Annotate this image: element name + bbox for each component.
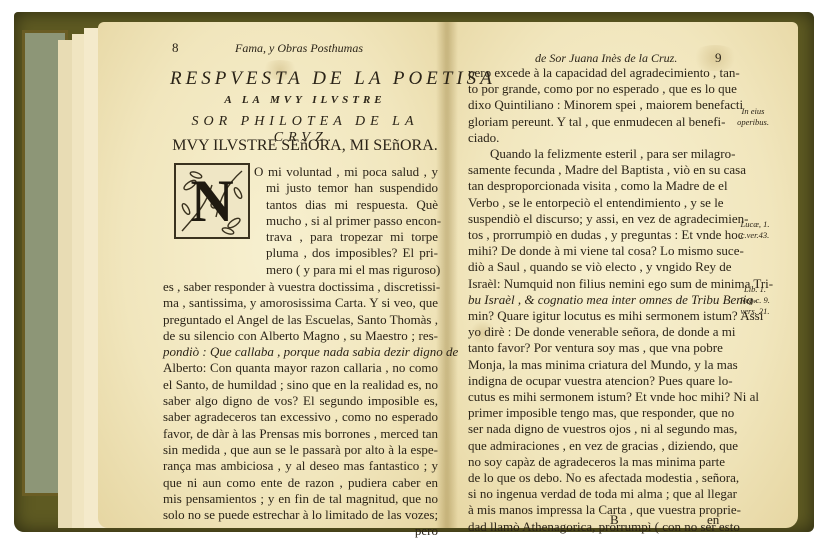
running-head-right: de Sor Juana Inès de la Cruz. [535, 51, 677, 66]
text-line: trava , para tropezar mi torpe [254, 229, 438, 245]
text-line: gloriam pereunt. Y tal , que enmudecen a… [468, 114, 721, 130]
text-line: mihi? De donde à mi viene tal cosa? Lo m… [468, 243, 721, 259]
text-line: à mis manos impressa la Carta , que vues… [468, 502, 721, 518]
text-line: to por grande, como por no esperado , qu… [468, 81, 721, 97]
text-line: saber algo digno de vos? El segundo impo… [163, 393, 438, 409]
text-line: primer imposible tengo mas, que responde… [468, 405, 721, 421]
left-text-body: es , saber responder à vuestra doctissim… [163, 279, 438, 540]
marginal-note: In eius operibus. [733, 106, 773, 128]
text-line: tan desproporcionada visita , como la Ma… [468, 178, 721, 194]
text-line: O mi voluntad , mi poca salud , y [254, 164, 438, 180]
text-line: Monja, la mas minima criatura del Mundo,… [468, 357, 721, 373]
text-line: Quando la felizmente esteril , para ser … [468, 146, 721, 162]
text-line: pero excede à la capacidad del agradecim… [468, 65, 721, 81]
text-line: es , saber responder à vuestra doctissim… [163, 279, 438, 295]
text-line: el Santo, de humildad ; sino que en la r… [163, 377, 438, 393]
text-line: mis pensamientos ; y en fin de tal magni… [163, 491, 438, 507]
text-line: min? Quare igitur locutus es mihi sermon… [468, 308, 721, 324]
text-line: tantos dias mi respuesta. Què [254, 197, 438, 213]
text-line: sin medida , que aun se le passarà por a… [163, 442, 438, 458]
text-line: pluma , dos imposibles? El pri- [254, 245, 438, 261]
text-line: dixo Quintiliano : Minorem spei , maiore… [468, 97, 721, 113]
text-line: preguntado el Angel de las Escuelas, San… [163, 312, 438, 328]
text-line: yo dirè : De donde venerable señora, de … [468, 324, 721, 340]
text-line: indigna de ocupar vuestra atencion? Pues… [468, 373, 721, 389]
text-line: favor, de dàr à las Prensas mis borrones… [163, 426, 438, 442]
text-line: rança mas ambiciosa , y al deseo mas fan… [163, 458, 438, 474]
text-line: diò a Saul , quando se viò electo , y vn… [468, 259, 721, 275]
text-line: no soy capàz de agradeceros la mas minim… [468, 454, 721, 470]
salutation: MVY ILVSTRE SEñORA, MI SEñORA. [170, 137, 440, 155]
page-title: RESPVESTA DE LA POETISA [170, 68, 440, 90]
text-line: si no ingenua verdad de toda mi alma ; q… [468, 486, 721, 502]
running-head-left: Fama, y Obras Posthumas [235, 41, 363, 56]
text-line: tanto favor? Por ventura soy mas , que v… [468, 340, 721, 356]
text-line: mi justo temor han suspendido [254, 180, 438, 196]
left-text-indented: O mi voluntad , mi poca salud , y mi jus… [254, 164, 438, 278]
subtitle: A LA MVY ILVSTRE [170, 94, 440, 106]
signature-mark: B [610, 512, 619, 528]
text-line: de lo que os debo. No es afectada modest… [468, 470, 721, 486]
text-line: suspendiò el discurso; y assi, en vez de… [468, 211, 721, 227]
text-line: ser nada digno de vuestros ojos , ni al … [468, 421, 721, 437]
text-line: Verbo , se le entorpeciò el entendimient… [468, 195, 721, 211]
text-line: ciado. [468, 130, 721, 146]
page-number-left: 8 [172, 40, 179, 56]
text-line: cutus es mihi sermonem istum? Et vnde ho… [468, 389, 721, 405]
text-line: saber agradeceros tan excessivo , como n… [163, 409, 438, 425]
catchword: pero [163, 523, 438, 539]
right-text-body: pero excede à la capacidad del agradecim… [468, 65, 721, 535]
marginal-note: Lib. 1. Reg.c. 9. vers. 21. [733, 284, 777, 317]
text-line: de su silencio con Alberto Magno , su Ma… [163, 328, 438, 344]
page-number-right: 9 [715, 50, 722, 66]
drop-cap-letter: N [190, 171, 233, 231]
text-line: samente fecunda , Madre del Baptista , v… [468, 162, 721, 178]
text-line: mucho , si al primer passo encon- [254, 213, 438, 229]
text-line: que admiraciones , en vez de gracias , d… [468, 438, 721, 454]
text-line: Alberto: Con quanta mayor razon callaria… [163, 360, 438, 376]
text-line: pondiò : Que callaba , porque nada sabia… [163, 344, 438, 360]
text-line: Israèl: Numquid non filius nemini ego su… [468, 276, 721, 292]
text-line: solo no se puede estrechar à lo limitado… [163, 507, 438, 523]
marginal-note: Lucæ, 1. c.ver.43. [733, 219, 777, 241]
text-line: mero ( y para mi el mas riguroso) [254, 262, 438, 278]
text-line: bu Israèl , & cognatio mea inter omnes d… [468, 292, 721, 308]
text-line: que ni aun como ente de razon , pudiera … [163, 475, 438, 491]
text-line: tos , prorrumpiò en dudas , y preguntas … [468, 227, 721, 243]
text-line: dad llamò Athenagorica, prorrumpì ( con … [468, 519, 721, 535]
ornamental-drop-cap: N [174, 163, 250, 239]
text-line: ma , santissima, y amorosissima Carta. Y… [163, 295, 438, 311]
catchword: en [707, 512, 719, 528]
